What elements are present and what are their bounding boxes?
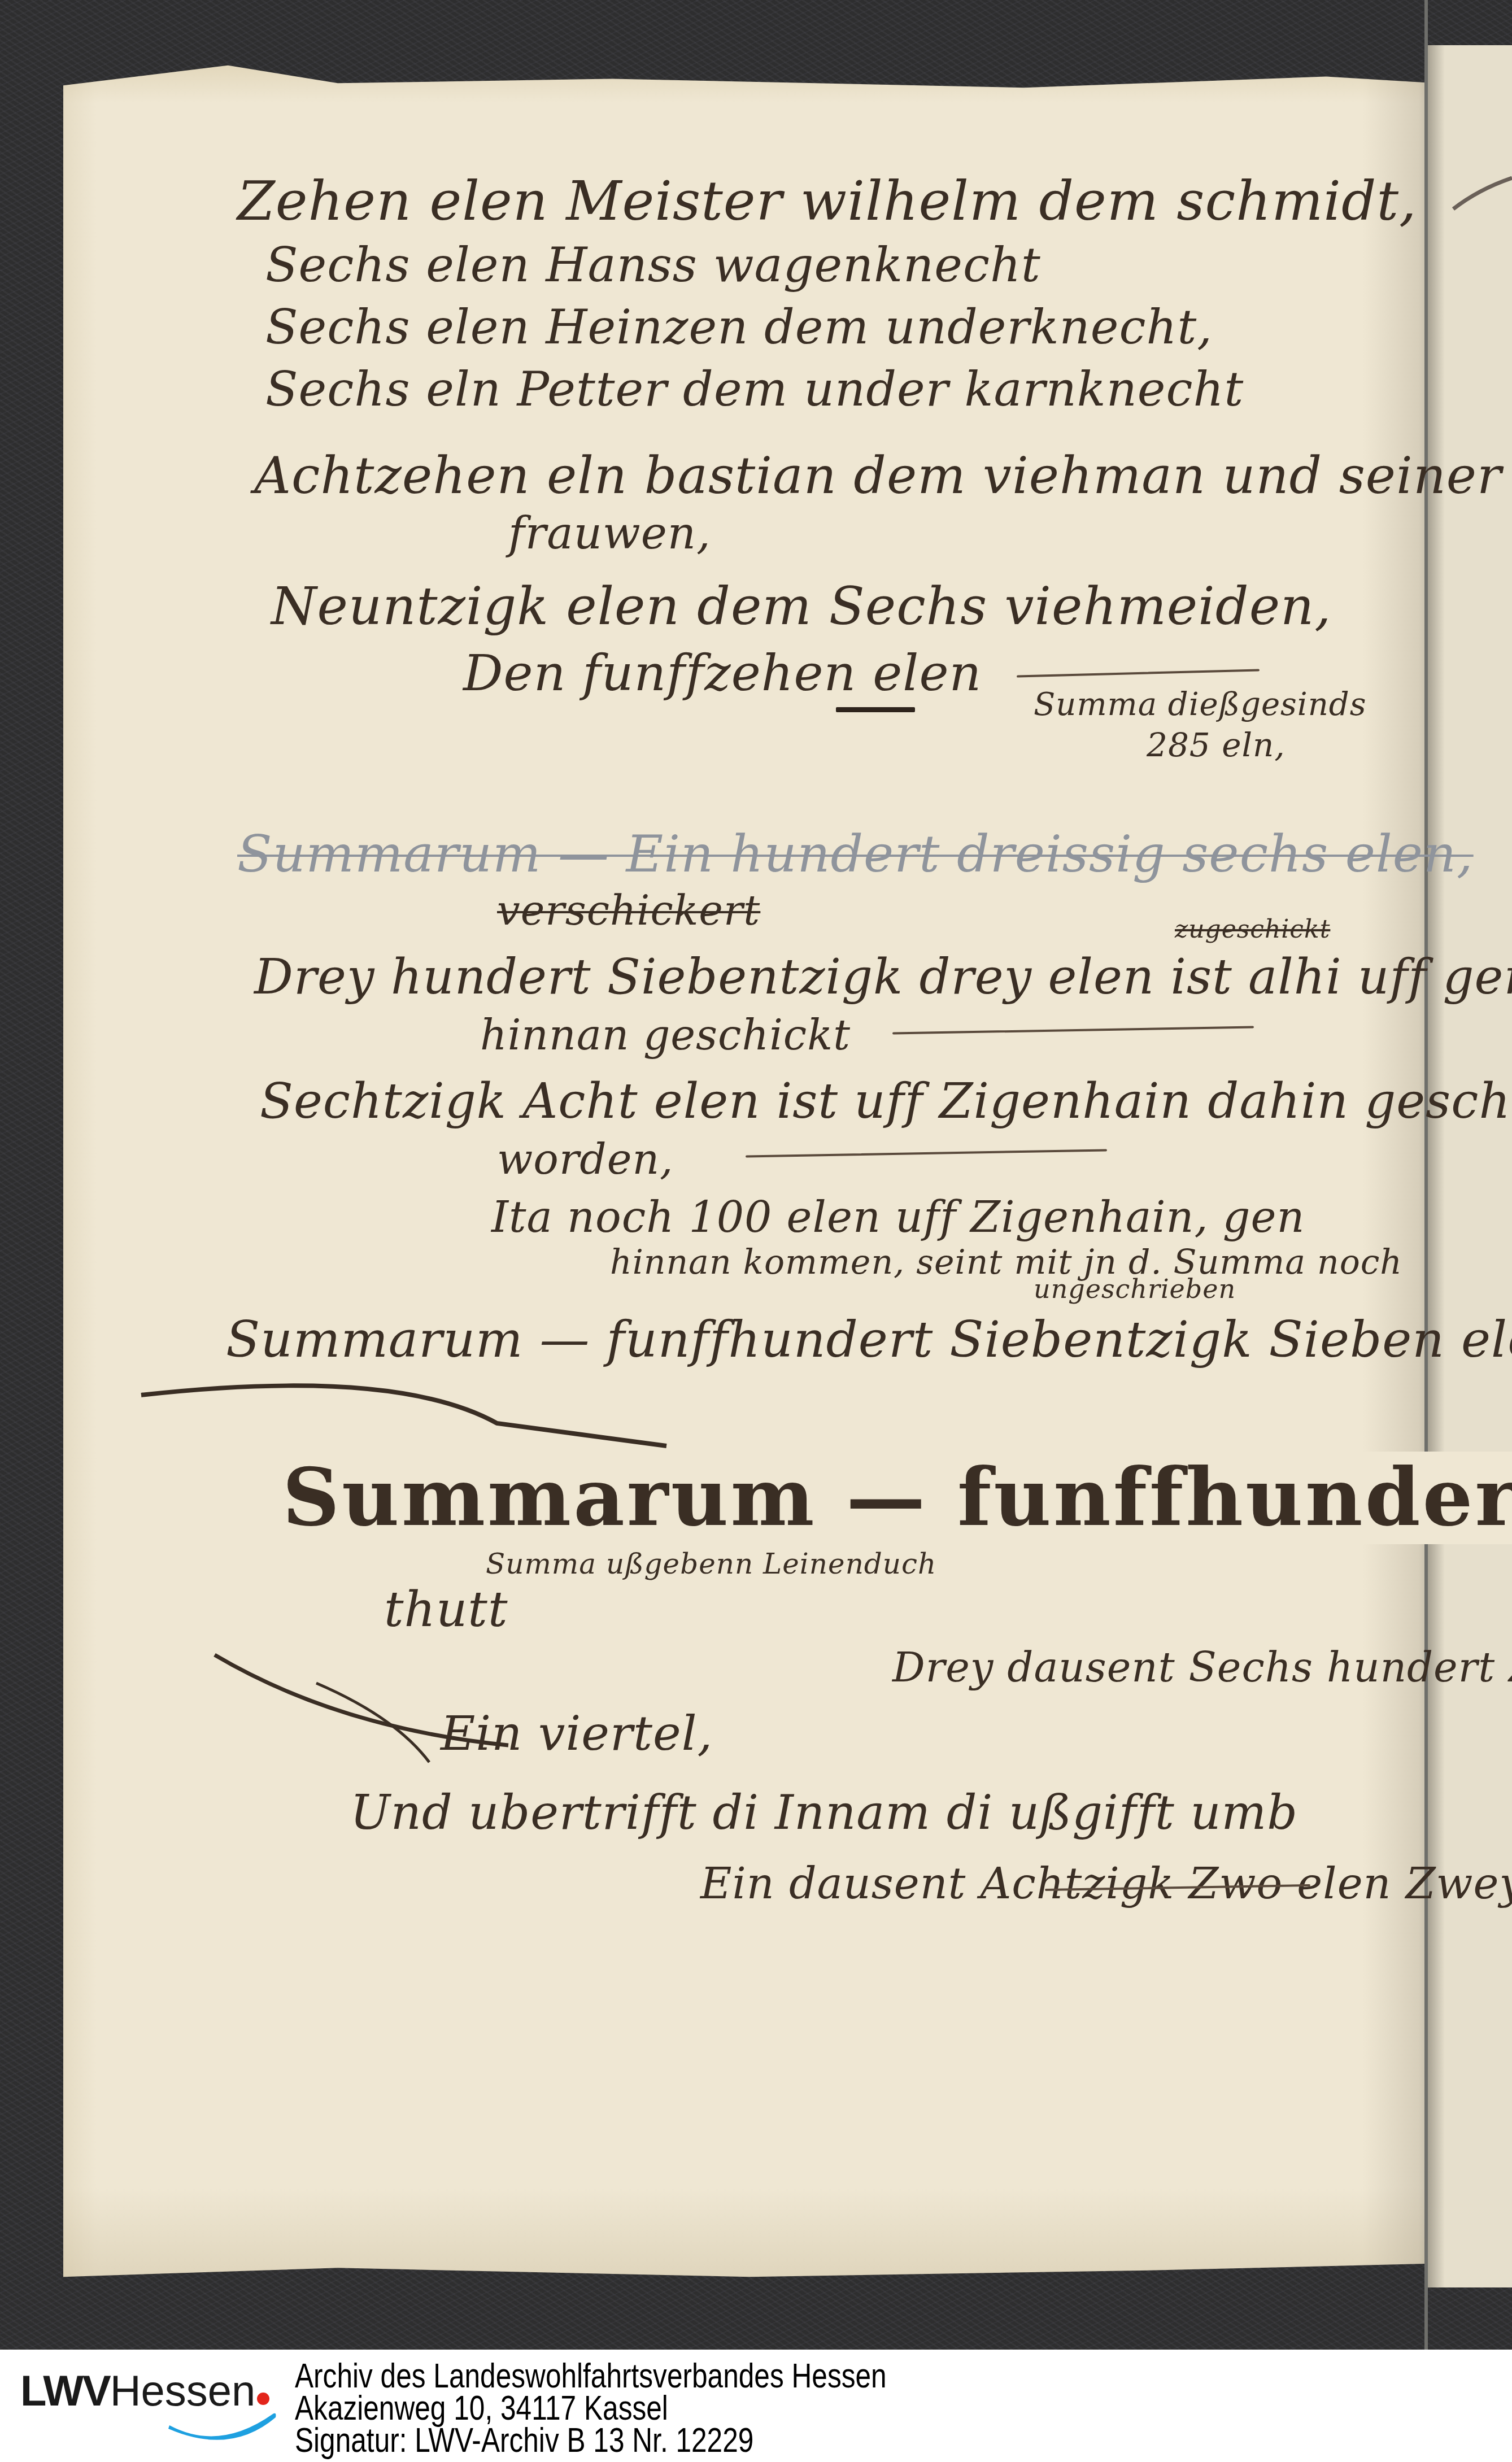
archive-signature: Signatur: LWV-Archiv B 13 Nr. 12229 [295, 2424, 887, 2456]
scan-background: Zehen elen Meister wilhelm dem schmidt, … [0, 0, 1512, 2350]
manuscript-line: Ein dausent Achtzigk Zwo elen Zwey virte… [700, 1858, 1512, 1908]
archive-address: Akazienweg 10, 34117 Kassel [295, 2392, 887, 2424]
manuscript-line: Summa ußgebenn Leinenduch [486, 1548, 936, 1580]
manuscript-line: Und ubertrifft di Innam di ußgifft umb [350, 1785, 1298, 1840]
archive-name: Archiv des Landeswohlfahrtsverbandes Hes… [295, 2360, 887, 2392]
logo-hessen: Hessen [110, 2367, 256, 2415]
summa-heading: Summarum — funffhundert Siebentzigk Sieb… [282, 1452, 1512, 1544]
manuscript-line: Ein viertel, [441, 1706, 713, 1761]
archive-info: Archiv des Landeswohlfahrtsverbandes Hes… [295, 2360, 887, 2456]
manuscript-line: Drey dausent Sechs hundert Zwentzig Zwo … [892, 1644, 1512, 1691]
lwv-hessen-logo: LWVHessen [20, 2370, 269, 2443]
logo-wordmark: LWVHessen [20, 2370, 255, 2413]
logo-swoosh-icon [168, 2409, 281, 2443]
manuscript-line: thutt [384, 1581, 508, 1638]
logo-lwv: LWV [20, 2367, 110, 2415]
flourish-strokes-icon [0, 0, 1512, 2350]
logo-red-dot-icon [257, 2393, 269, 2405]
